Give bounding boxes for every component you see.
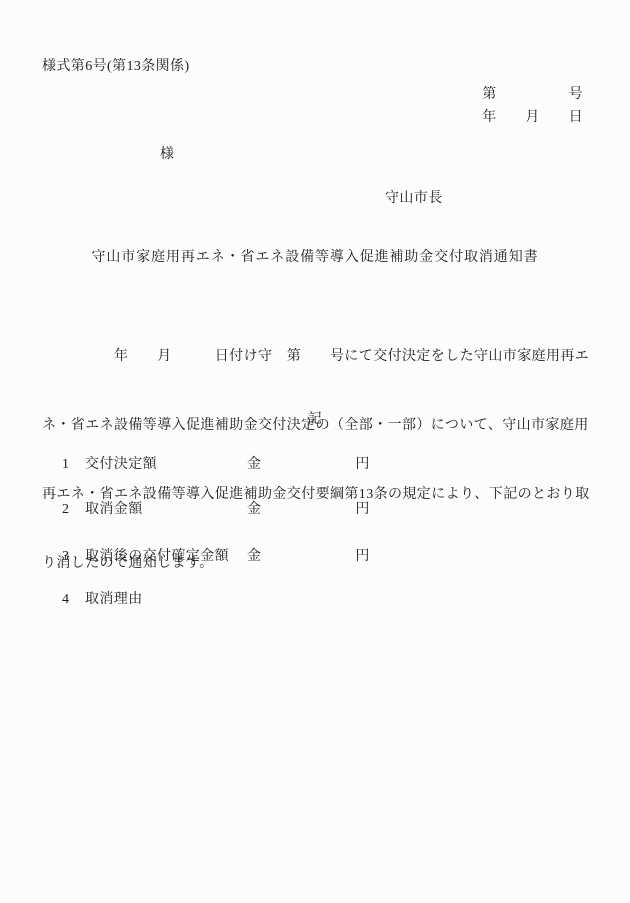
- document-number-line: 第 号: [482, 86, 583, 104]
- item-number: 1: [62, 456, 85, 474]
- amount-prefix: 金: [247, 548, 261, 566]
- body-line: 年 月 日付け守 第 号にて交付決定をした守山市家庭用再エ: [42, 345, 590, 368]
- item-label: 取消後の交付確定金額: [85, 548, 247, 566]
- amount-suffix: 円: [355, 548, 369, 566]
- item-row-granted-amount: 1 交付決定額 金 円: [62, 456, 370, 474]
- item-number: 4: [62, 591, 85, 609]
- form-number-note: 様式第6号(第13条関係): [42, 58, 190, 76]
- item-label: 取消金額: [85, 501, 247, 519]
- item-number: 2: [62, 501, 85, 519]
- item-label: 交付決定額: [85, 456, 247, 474]
- item-label: 取消理由: [85, 591, 247, 609]
- document-title: 守山市家庭用再エネ・省エネ設備等導入促進補助金交付取消通知書: [0, 249, 630, 267]
- item-number: 3: [62, 548, 85, 566]
- item-row-cancelled-amount: 2 取消金額 金 円: [62, 501, 370, 519]
- addressee-honorific: 様: [160, 146, 174, 164]
- amount-suffix: 円: [355, 501, 369, 519]
- date-line: 年 月 日: [482, 109, 583, 127]
- document-page: 様式第6号(第13条関係) 第 号 年 月 日 様 守山市長 守山市家庭用再エネ…: [0, 0, 630, 903]
- amount-prefix: 金: [247, 456, 261, 474]
- item-row-confirmed-amount-after-cancel: 3 取消後の交付確定金額 金 円: [62, 548, 370, 566]
- item-row-cancel-reason: 4 取消理由: [62, 591, 247, 609]
- amount-suffix: 円: [355, 456, 369, 474]
- amount-prefix: 金: [247, 501, 261, 519]
- section-marker-ki: 記: [0, 411, 630, 429]
- sender-mayor: 守山市長: [385, 190, 443, 208]
